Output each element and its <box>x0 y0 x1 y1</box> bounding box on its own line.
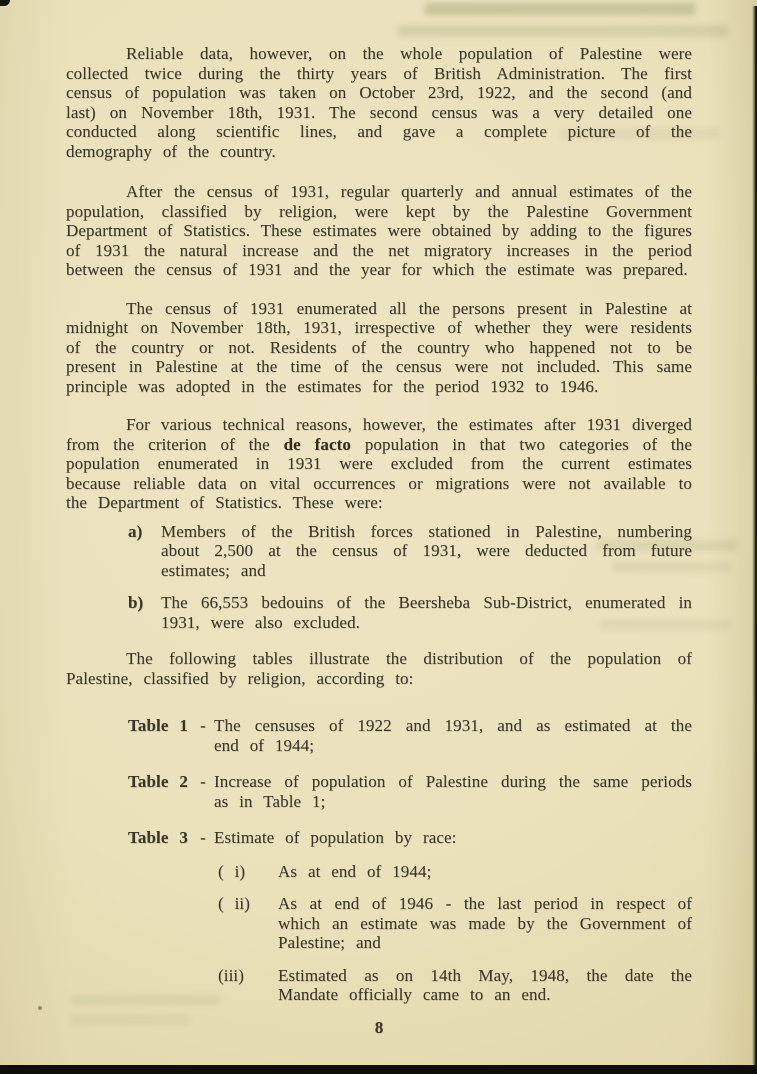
list-marker: a) <box>128 522 161 581</box>
table-description: Increase of population of Palestine duri… <box>214 772 692 811</box>
bleed-through-text <box>425 3 695 15</box>
list-text: Members of the British forces stationed … <box>161 522 692 581</box>
paragraph-text: The following tables illustrate the dist… <box>66 649 692 688</box>
sub-item-text: As at end of 1946 - the last period in r… <box>278 894 692 953</box>
list-item-b: b) The 66,553 bedouins of the Beersheba … <box>128 593 692 632</box>
sub-item-text: Estimated as on 14th May, 1948, the date… <box>278 966 692 1005</box>
page-content: Reliable data, however, on the whole pop… <box>66 44 692 1037</box>
paragraph-following-tables: The following tables illustrate the dist… <box>66 649 692 688</box>
paragraph-text: After the census of 1931, regular quarte… <box>66 182 692 279</box>
bleed-through-text <box>398 25 728 37</box>
scan-edge-right <box>752 6 757 1074</box>
bold-term-de-facto: de facto <box>284 435 351 454</box>
table-reference-2: Table 2 - Increase of population of Pale… <box>128 772 692 811</box>
sub-item-ii: ( ii) As at end of 1946 - the last perio… <box>218 894 692 953</box>
table-description: Estimate of population by race: <box>214 828 692 848</box>
sub-item-i: ( i) As at end of 1944; <box>218 862 692 882</box>
paragraph-after-census: After the census of 1931, regular quarte… <box>66 182 692 280</box>
dash-separator: - <box>192 772 214 811</box>
paragraph-technical-reasons: For various technical reasons, however, … <box>66 415 692 513</box>
dash-separator: - <box>192 716 214 755</box>
sub-item-text: As at end of 1944; <box>278 862 692 882</box>
sub-item-marker: (iii) <box>218 966 278 1005</box>
page-number: 8 <box>66 1018 692 1038</box>
table-reference-1: Table 1 - The censuses of 1922 and 1931,… <box>128 716 692 755</box>
paragraph-census-1931: The census of 1931 enumerated all the pe… <box>66 299 692 397</box>
table-label: Table 1 <box>128 716 192 755</box>
list-text: The 66,553 bedouins of the Beersheba Sub… <box>161 593 692 632</box>
ink-speck <box>38 1006 42 1010</box>
list-item-a: a) Members of the British forces station… <box>128 522 692 581</box>
list-marker: b) <box>128 593 161 632</box>
scan-corner-artifact <box>0 0 10 6</box>
scanned-document-page: Reliable data, however, on the whole pop… <box>0 0 757 1074</box>
table-description: The censuses of 1922 and 1931, and as es… <box>214 716 692 755</box>
table-label: Table 3 <box>128 828 192 848</box>
table-reference-3: Table 3 - Estimate of population by race… <box>128 828 692 848</box>
paragraph-text: The census of 1931 enumerated all the pe… <box>66 299 692 396</box>
table-label: Table 2 <box>128 772 192 811</box>
paragraph-reliable-data: Reliable data, however, on the whole pop… <box>66 44 692 161</box>
sub-item-iii: (iii) Estimated as on 14th May, 1948, th… <box>218 966 692 1005</box>
paragraph-text: Reliable data, however, on the whole pop… <box>66 44 692 161</box>
sub-item-marker: ( i) <box>218 862 278 882</box>
sub-item-marker: ( ii) <box>218 894 278 953</box>
dash-separator: - <box>192 828 214 848</box>
scan-edge-bottom <box>0 1065 757 1074</box>
